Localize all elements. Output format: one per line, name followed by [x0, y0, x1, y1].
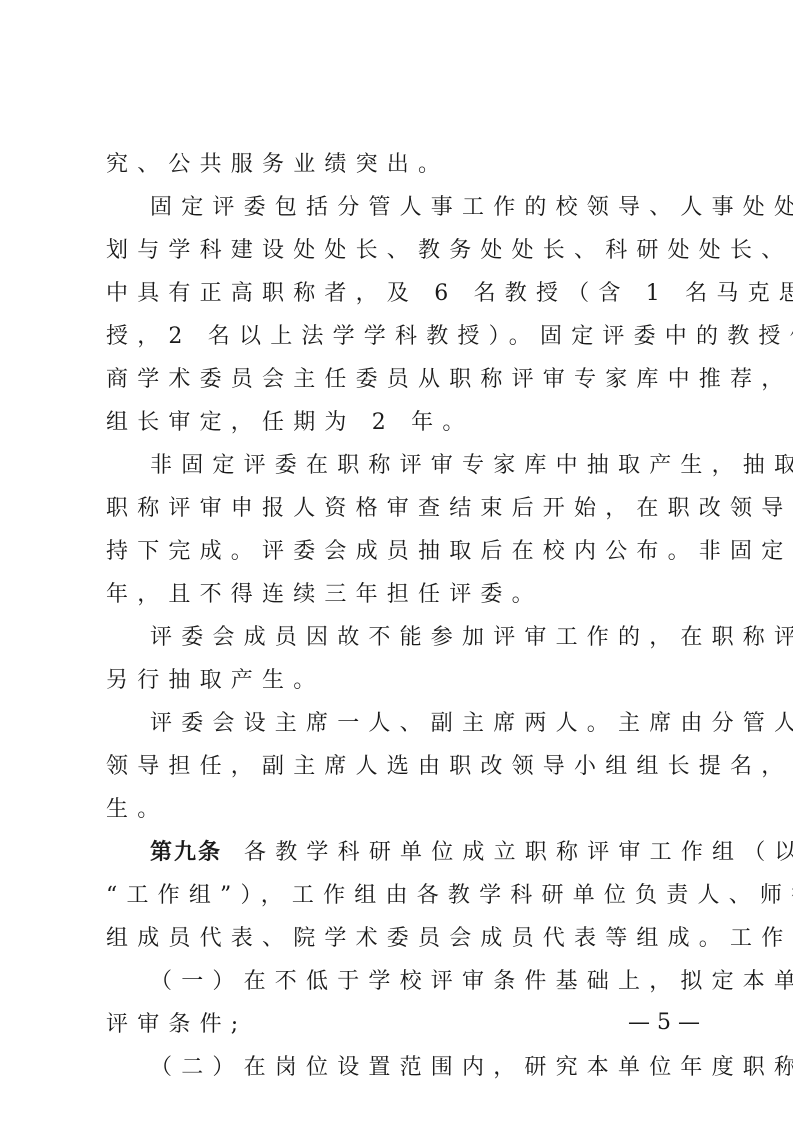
text-line: 授，2 名以上法学学科教授）。固定评委中的教授代表由职改办: [106, 315, 694, 358]
text-line: 固定评委包括分管人事工作的校领导、人事处处长、发展规: [150, 186, 694, 229]
text-line: 组成员代表、院学术委员会成员代表等组成。工作组的职责是：: [106, 917, 694, 960]
article-label: 第九条: [150, 831, 222, 874]
text-line: 评审条件;: [106, 1003, 694, 1046]
text-line: 职称评审申报人资格审查结束后开始，在职改领导小组组长的主: [106, 487, 694, 530]
text-line: 究、公共服务业绩突出。: [106, 143, 694, 186]
text-line: 商学术委员会主任委员从职称评审专家库中推荐，职改领导小组: [106, 358, 694, 401]
text-line: 年，且不得连续三年担任评委。: [106, 573, 694, 616]
text-line: 划与学科建设处处长、教务处处长、科研处处长、研究生院院长: [106, 229, 694, 272]
text-line: （一）在不低于学校评审条件基础上，拟定本单位教师职称: [150, 960, 694, 1003]
article-9-first-line: 第九条 各教学科研单位成立职称评审工作组（以下简称: [150, 831, 694, 874]
document-page: 究、公共服务业绩突出。 固定评委包括分管人事工作的校领导、人事处处长、发展规 划…: [0, 0, 793, 1122]
text-line: 各教学科研单位成立职称评审工作组（以下简称: [244, 831, 793, 874]
text-line: 中具有正高职称者，及 6 名教授（含 1 名马克思主义理论学科教: [106, 272, 694, 315]
text-line: 持下完成。评委会成员抽取后在校内公布。非固定评委任期为一: [106, 530, 694, 573]
text-line: 组长审定，任期为 2 年。: [106, 401, 694, 444]
text-line: 非固定评委在职称评审专家库中抽取产生，抽取工作在年度: [150, 444, 694, 487]
text-line: 生。: [106, 788, 694, 831]
text-line: 另行抽取产生。: [106, 659, 694, 702]
text-line: 评委会设主席一人、副主席两人。主席由分管人事工作的校: [150, 702, 694, 745]
text-line: 领导担任，副主席人选由职改领导小组组长提名，评委会通过产: [106, 745, 694, 788]
page-number: — 5 —: [620, 1008, 700, 1038]
text-line: “工作组”），工作组由各教学科研单位负责人、师德建设工作: [106, 874, 694, 917]
text-line: （二）在岗位设置范围内，研究本单位年度职称评审指标使: [150, 1046, 694, 1089]
text-line: 评委会成员因故不能参加评审工作的，在职称评审专家库中: [150, 616, 694, 659]
